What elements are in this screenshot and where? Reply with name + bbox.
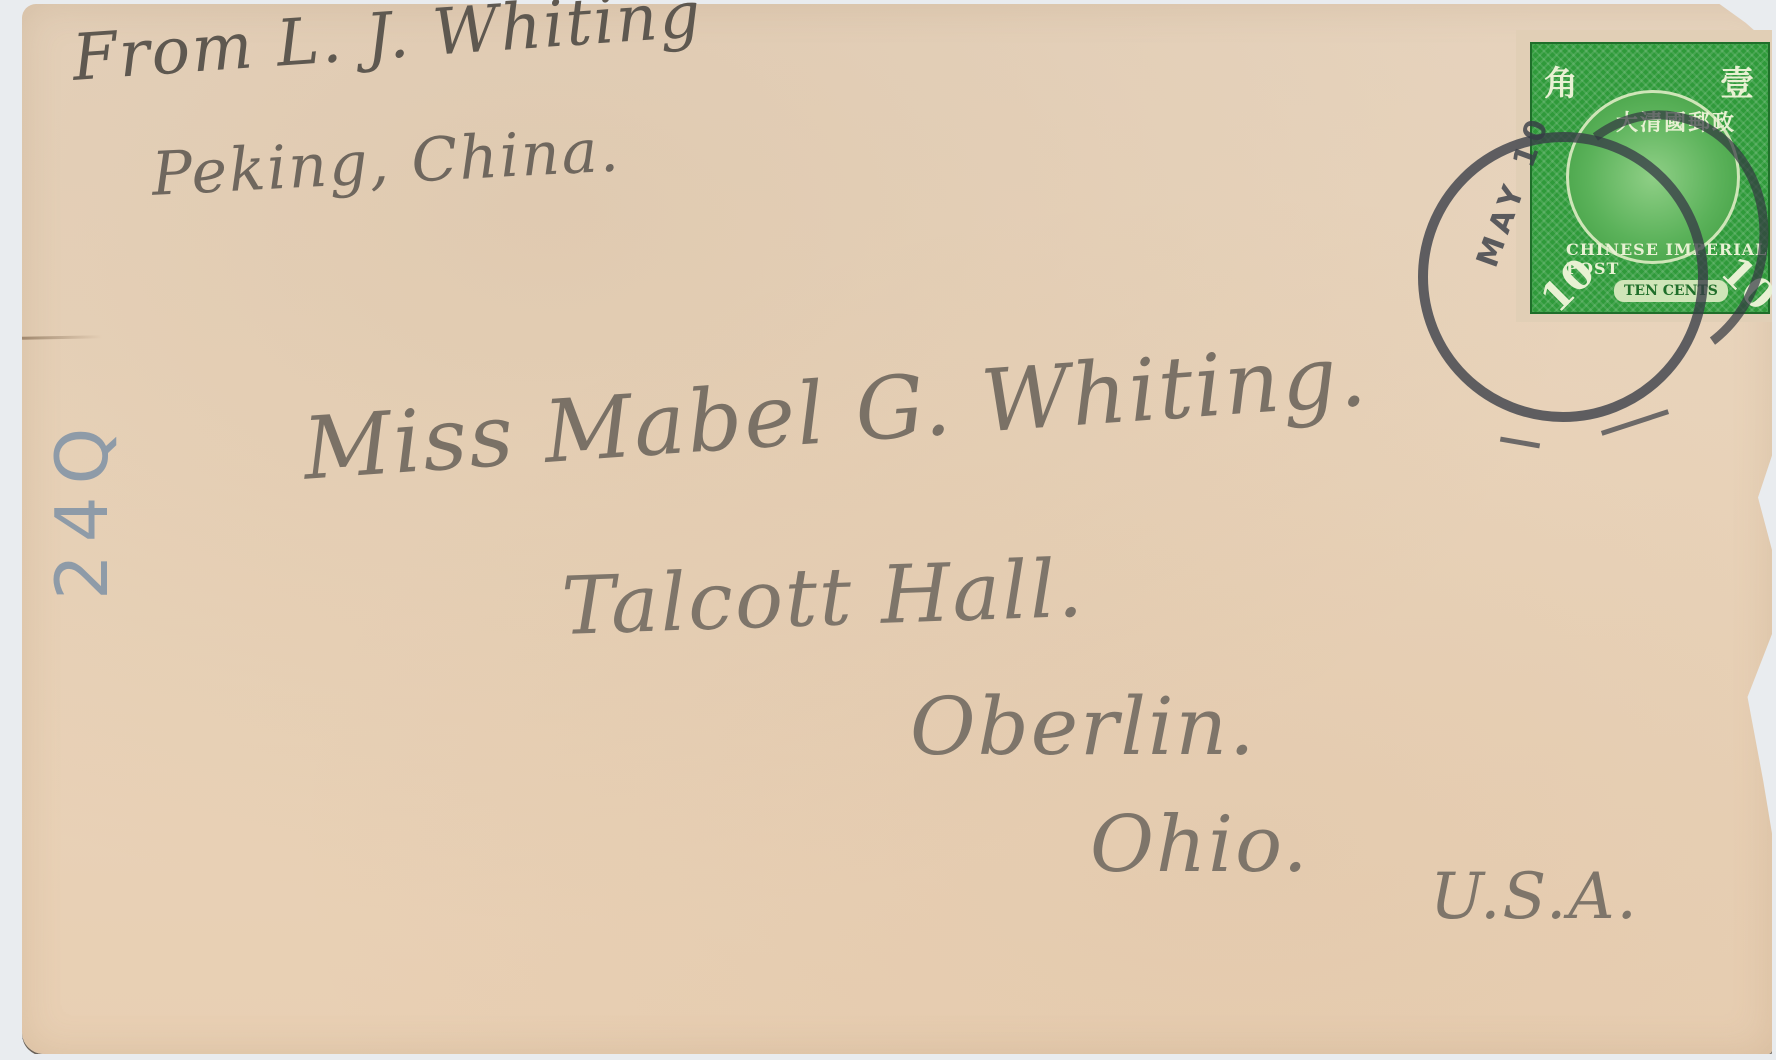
recipient-state: Ohio. [1090, 800, 1310, 890]
pencil-note: 24Q [40, 416, 124, 600]
recipient-country: U.S.A. [1430, 860, 1639, 934]
stamp-corner-left: 角 [1544, 56, 1578, 105]
recipient-city: Oberlin. [910, 680, 1257, 773]
stamp-corner-right: 壹 [1720, 56, 1754, 105]
recipient-street: Talcott Hall. [560, 542, 1086, 653]
